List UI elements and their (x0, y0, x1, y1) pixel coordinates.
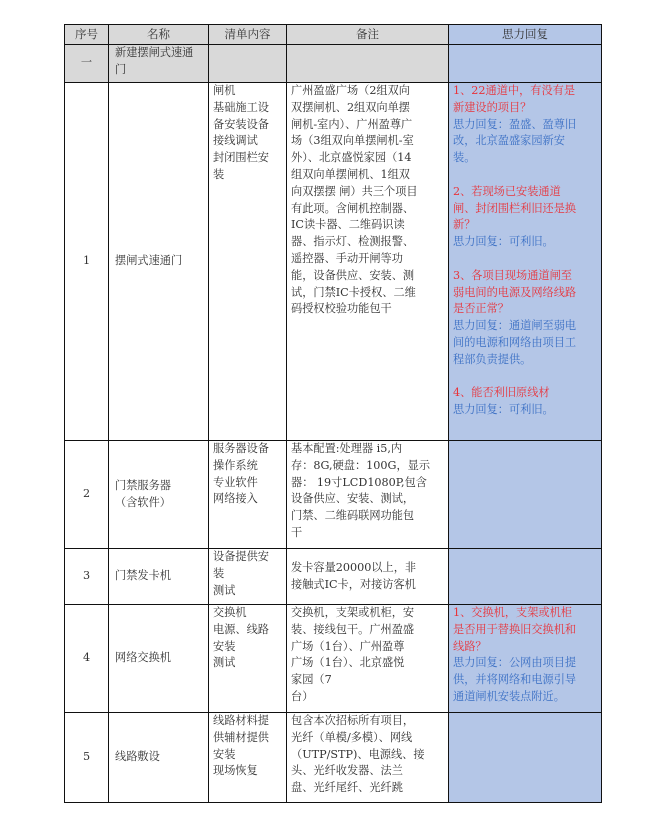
row-content: 闸机基础施工设备安装设备接线调试封闭围栏安装 (209, 83, 287, 441)
text-line: 闸机 (213, 83, 282, 100)
text-line: 基本配置:处理器 i5,内 (291, 441, 444, 458)
text-line: 思力回复：可利旧。 (453, 402, 597, 419)
row-number: 1 (65, 83, 109, 441)
text-line: 专业软件 (213, 475, 282, 492)
text-line: 光纤（单模/多模）、网线 (291, 730, 444, 747)
text-line: 供，并将网络和电源引导 (453, 672, 597, 689)
text-line: 发卡容量20000以上，非 (291, 560, 444, 577)
text-line: 盘、光纤尾纤、光纤跳 (291, 780, 444, 797)
header-row: 序号 名称 清单内容 备注 思力回复 (65, 25, 602, 45)
row-name: 门禁服务器（含软件） (109, 441, 209, 549)
text-line: 5 (69, 749, 104, 766)
text-line: 测试 (213, 583, 282, 600)
text-line: 装。 (453, 150, 597, 167)
text-line: 封闭围栏安 (213, 150, 282, 167)
text-line: 弱电间的电源及网络线路 (453, 285, 597, 302)
quotation-table: 序号 名称 清单内容 备注 思力回复 一 新建摆闸式速通门 1 摆闸式速通门 闸… (64, 24, 602, 803)
text-line: 电源、线路 (213, 622, 282, 639)
row-remark: 发卡容量20000以上，非接触式IC卡，对接访客机 (287, 549, 449, 605)
text-line: 程部负责提供。 (453, 352, 597, 369)
text-line: 3、各项目现场通道闸至 (453, 268, 597, 285)
text-line: 是否用于替换旧交换机和 (453, 622, 597, 639)
row-remark: 广州盈盛广场（2组双向双摆闸机、2组双向单摆闸机-室内）、广州盈尊广场（3组双向… (287, 83, 449, 441)
text-line: 交换机 (213, 605, 282, 622)
text-line: 场（3组双向单摆闸机-室 (291, 133, 444, 150)
text-line: 安装 (213, 747, 282, 764)
header-remark: 备注 (287, 25, 449, 45)
text-line: 操作系统 (213, 458, 282, 475)
text-line: 接触式IC卡，对接访客机 (291, 577, 444, 594)
text-line: 通道闸机安装点附近。 (453, 689, 597, 706)
text-line: IC读卡器、二维码识读 (291, 217, 444, 234)
text-line: 供辅材提供 (213, 730, 282, 747)
text-line: 4、能否利旧原线材 (453, 385, 597, 402)
text-line: 思力回复：可利旧。 (453, 234, 597, 251)
text-line: 器： 19寸LCD1080P,包含 (291, 475, 444, 492)
table-row: 4 网络交换机 交换机电源、线路安装测试 交换机，支架或机柜，安装、接线包干。广… (65, 605, 602, 713)
text-line: 组双向单摆闸机、1组双 (291, 167, 444, 184)
text-line: 新建设的项目？ (453, 100, 597, 117)
text-line: 1、交换机，支架或机柜 (453, 605, 597, 622)
text-line: 思力回复：通道闸至弱电 (453, 318, 597, 335)
row-content: 交换机电源、线路安装测试 (209, 605, 287, 713)
text-line: 干 (291, 525, 444, 542)
text-line: 间的电源和网络由项目工 (453, 335, 597, 352)
text-line: 装、接线包干。广州盈盛 (291, 622, 444, 639)
header-index: 序号 (65, 25, 109, 45)
text-line: 测试 (213, 655, 282, 672)
text-line: 门禁服务器 (115, 478, 204, 495)
spacer (453, 251, 597, 268)
section-remark (287, 45, 449, 83)
text-line: 新？ (453, 217, 597, 234)
section-reply (449, 45, 602, 83)
text-line: 安装 (213, 639, 282, 656)
text-line: 家园（7 (291, 672, 444, 689)
table-row: 2 门禁服务器（含软件） 服务器设备操作系统专业软件网络接入 基本配置:处理器 … (65, 441, 602, 549)
text-line: 遥控器、手动开闸等功 (291, 251, 444, 268)
table-row: 1 摆闸式速通门 闸机基础施工设备安装设备接线调试封闭围栏安装 广州盈盛广场（2… (65, 83, 602, 441)
text-line: 网络交换机 (115, 650, 204, 667)
row-reply (449, 713, 602, 803)
header-name: 名称 (109, 25, 209, 45)
spacer (453, 369, 597, 386)
table-row: 3 门禁发卡机 设备提供安装测试 发卡容量20000以上，非接触式IC卡，对接访… (65, 549, 602, 605)
text-line: 能，设备供应、安装、测 (291, 268, 444, 285)
text-line: 交换机，支架或机柜，安 (291, 605, 444, 622)
text-line: 摆闸式速通门 (115, 253, 204, 270)
row-reply: 1、22通道中，有没有是新建设的项目？思力回复：盈盛、盈尊旧改，北京盈盛家园新安… (449, 83, 602, 441)
text-line: 有此项。含闸机控制器、 (291, 201, 444, 218)
row-remark: 基本配置:处理器 i5,内存：8G,硬盘：100G，显示器： 19寸LCD108… (287, 441, 449, 549)
row-remark: 交换机，支架或机柜，安装、接线包干。广州盈盛广场（1台）、广州盈尊广场（1台）、… (287, 605, 449, 713)
text-line: （UTP/STP)、电源线、接 (291, 747, 444, 764)
text-line: 线路材料提 (213, 713, 282, 730)
header-reply: 思力回复 (449, 25, 602, 45)
spacer (453, 167, 597, 184)
text-line: 闸、封闭围栏利旧还是换 (453, 201, 597, 218)
text-line: 服务器设备 (213, 441, 282, 458)
text-line: 1 (69, 253, 104, 270)
row-content: 设备提供安装测试 (209, 549, 287, 605)
row-name: 网络交换机 (109, 605, 209, 713)
text-line: 码授权校验功能包干 (291, 301, 444, 318)
text-line: 是否正常？ (453, 301, 597, 318)
text-line: 头、光纤收发器、法兰 (291, 763, 444, 780)
row-remark: 包含本次招标所有项目，光纤（单模/多模）、网线（UTP/STP)、电源线、接头、… (287, 713, 449, 803)
text-line: 思力回复：盈盛、盈尊旧 (453, 117, 597, 134)
section-number: 一 (65, 45, 109, 83)
text-line: （含软件） (115, 495, 204, 512)
text-line: 装 (213, 566, 282, 583)
text-line: 1、22通道中，有没有是 (453, 83, 597, 100)
text-line: 设备供应、安装、测试， (291, 491, 444, 508)
text-line: 线路敷设 (115, 749, 204, 766)
text-line: 闸机-室内）、广州盈尊广 (291, 117, 444, 134)
text-line: 广场（1台）、北京盛悦 (291, 655, 444, 672)
row-number: 5 (65, 713, 109, 803)
text-line: 现场恢复 (213, 763, 282, 780)
row-number: 4 (65, 605, 109, 713)
text-line: 器、指示灯、检测报警、 (291, 234, 444, 251)
text-line: 门禁、二维码联网功能包 (291, 508, 444, 525)
row-name: 摆闸式速通门 (109, 83, 209, 441)
text-line: 接线调试 (213, 133, 282, 150)
text-line: 向双摆摆 闸）共三个项目 (291, 184, 444, 201)
section-name: 新建摆闸式速通门 (109, 45, 209, 83)
row-reply: 1、交换机，支架或机柜是否用于替换旧交换机和线路？思力回复：公网由项目提供，并将… (449, 605, 602, 713)
text-line: 试，门禁IC卡授权、二维 (291, 285, 444, 302)
text-line: 台） (291, 689, 444, 706)
text-line: 门禁发卡机 (115, 568, 204, 585)
text-line: 外）、北京盛悦家园（14 (291, 150, 444, 167)
text-line: 网络接入 (213, 491, 282, 508)
text-line: 包含本次招标所有项目， (291, 713, 444, 730)
text-line: 2 (69, 486, 104, 503)
text-line: 线路？ (453, 639, 597, 656)
table-row: 5 线路敷设 线路材料提供辅材提供安装现场恢复 包含本次招标所有项目，光纤（单模… (65, 713, 602, 803)
text-line: 设备提供安 (213, 549, 282, 566)
section-row: 一 新建摆闸式速通门 (65, 45, 602, 83)
row-reply (449, 441, 602, 549)
row-number: 2 (65, 441, 109, 549)
text-line: 双摆闸机、2组双向单摆 (291, 100, 444, 117)
row-name: 线路敷设 (109, 713, 209, 803)
text-line: 基础施工设 (213, 100, 282, 117)
row-number: 3 (65, 549, 109, 605)
text-line: 4 (69, 650, 104, 667)
row-content: 线路材料提供辅材提供安装现场恢复 (209, 713, 287, 803)
row-reply (449, 549, 602, 605)
row-name: 门禁发卡机 (109, 549, 209, 605)
text-line: 存：8G,硬盘：100G，显示 (291, 458, 444, 475)
row-content: 服务器设备操作系统专业软件网络接入 (209, 441, 287, 549)
text-line: 广场（1台）、广州盈尊 (291, 639, 444, 656)
text-line: 2、若现场已安装通道 (453, 184, 597, 201)
section-content (209, 45, 287, 83)
text-line: 广州盈盛广场（2组双向 (291, 83, 444, 100)
text-line: 3 (69, 568, 104, 585)
text-line: 改，北京盈盛家园新安 (453, 133, 597, 150)
header-content: 清单内容 (209, 25, 287, 45)
text-line: 思力回复：公网由项目提 (453, 655, 597, 672)
text-line: 装 (213, 167, 282, 184)
text-line: 备安装设备 (213, 117, 282, 134)
